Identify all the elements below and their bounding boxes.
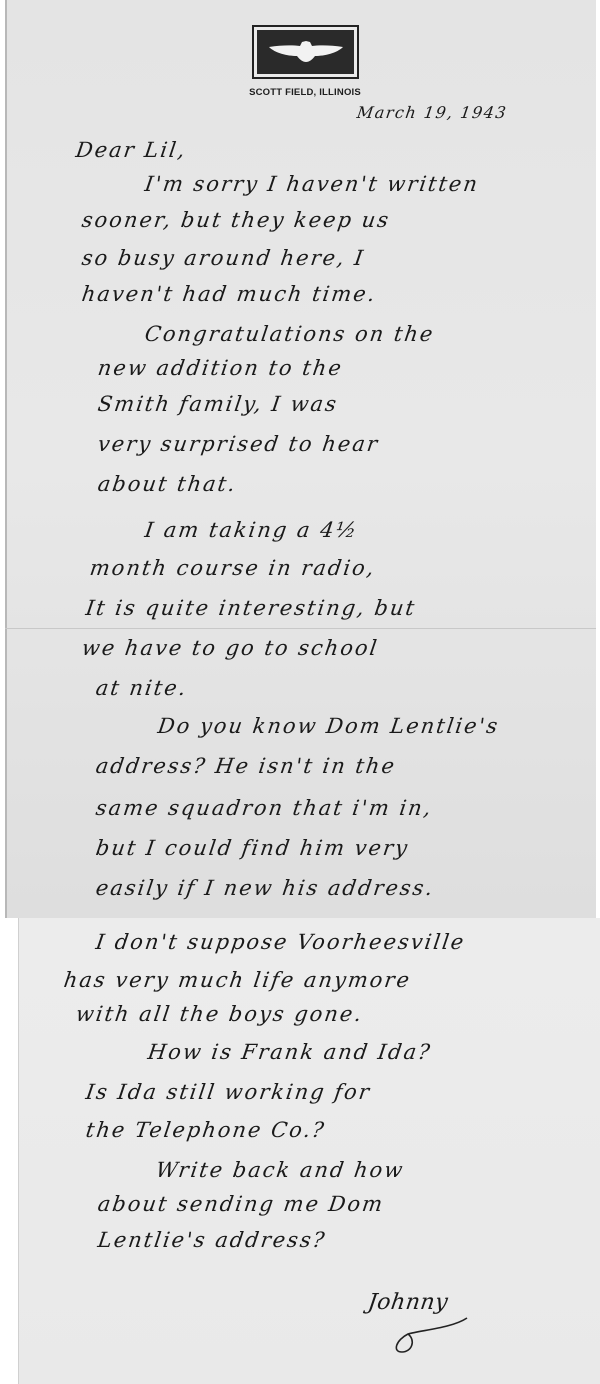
letter-line: I don't suppose Voorheesville [94,930,467,954]
salutation: Dear Lil, [74,138,188,162]
letter-line: I am taking a 4½ [143,518,359,542]
signature-flourish [372,1300,492,1360]
letter-line: month course in radio, [88,556,377,580]
letter-line: Do you know Dom Lentlie's [156,714,501,738]
letter-line: the Telephone Co.? [84,1118,327,1142]
letter-line: sooner, but they keep us [80,208,391,232]
letter-line: haven't had much time. [80,282,378,306]
letter-line: Congratulations on the [143,322,436,346]
letter-line: How is Frank and Ida? [146,1040,433,1064]
letter-line: we have to go to school [80,636,380,660]
letter-line: same squadron that i'm in, [94,796,434,820]
letter-line: address? He isn't in the [94,754,397,778]
letter-line: It is quite interesting, but [84,596,417,620]
letter-line: so busy around here, I [80,246,366,270]
letter-line: easily if I new his address. [94,876,436,900]
letter-line: with all the boys gone. [74,1002,365,1026]
pilot-wings-icon [267,37,345,67]
letter-line: has very much life anymore [62,968,412,992]
letter-line: Lentlie's address? [96,1228,327,1252]
letter-date: March 19, 1943 [356,103,509,122]
letter-line: very surprised to hear [96,432,380,456]
letter-line: at nite. [94,676,189,700]
letter-line: Write back and how [154,1158,406,1182]
letter-line: but I could find him very [94,836,410,860]
paper-fold-line [5,628,596,629]
letterhead-emblem [252,25,359,79]
letterhead-location: SCOTT FIELD, ILLINOIS [200,87,410,98]
letter-line: about sending me Dom [96,1192,386,1216]
letter-line: about that. [96,472,238,496]
letter-line: I'm sorry I haven't written [143,172,480,196]
letter-line: new addition to the [96,356,344,380]
letter-line: Smith family, I was [96,392,339,416]
letter-line: Is Ida still working for [84,1080,372,1104]
